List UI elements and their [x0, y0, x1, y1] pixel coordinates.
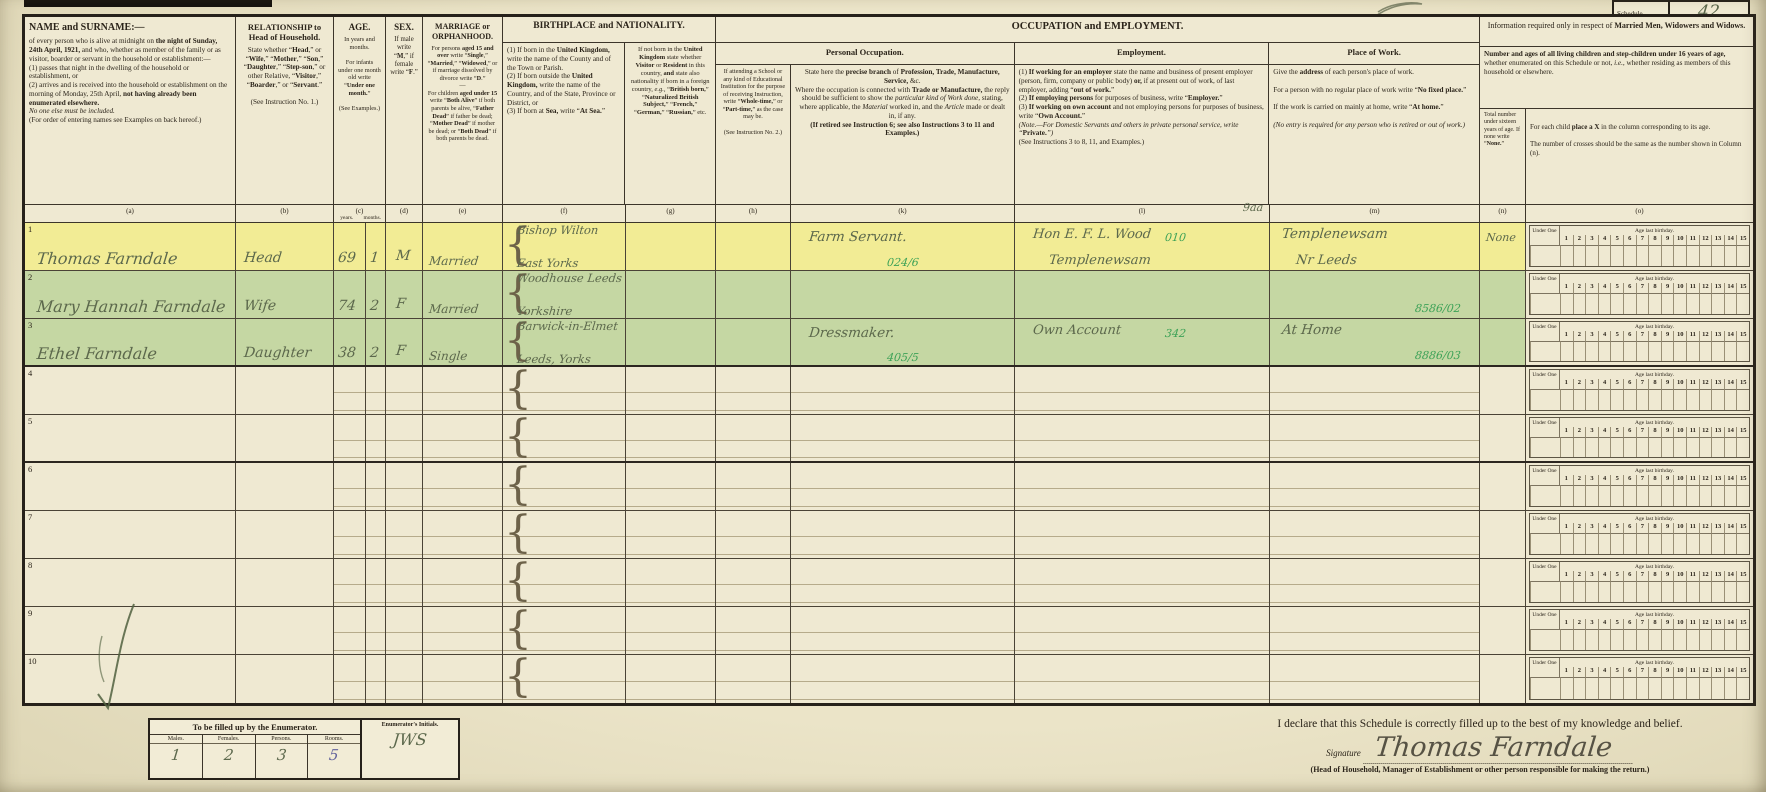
cell-birthplace: { [503, 655, 626, 703]
cell-place-of-work [1270, 607, 1480, 654]
cell-age-months: 2 [366, 319, 386, 365]
cell-marriage: Married [423, 271, 503, 318]
cell-occupation: Dressmaker. 405/5 [791, 319, 1015, 365]
cell-birthplace: { [503, 463, 626, 510]
cell-nationality [626, 607, 716, 654]
age-column-number: 7 [1636, 667, 1649, 677]
age-column-number: 13 [1711, 571, 1724, 581]
cell-total-children [1480, 415, 1526, 461]
age-column-number: 8 [1648, 619, 1661, 629]
age-tick-cell [1585, 293, 1598, 314]
age-tick-cell [1623, 629, 1636, 650]
age-column-number: 6 [1623, 523, 1636, 533]
age-tick-cell [1623, 293, 1636, 314]
col-header-birthplace: (1) If born in the United Kingdom, write… [503, 43, 625, 204]
age-tick-cell [1623, 533, 1636, 554]
cell-employment [1015, 607, 1270, 654]
age-column-number: 6 [1623, 427, 1636, 437]
age-column-number: 5 [1610, 571, 1623, 581]
age-column-number: 11 [1686, 475, 1699, 485]
group-header-children: Information required only in respect of … [1480, 17, 1753, 204]
enumerator-column: Rooms.5 [308, 735, 360, 778]
age-column-number: 5 [1610, 475, 1623, 485]
age-column-number: 5 [1610, 619, 1623, 629]
enumerator-column: Females.2 [203, 735, 256, 778]
col-header-occupation-desc: State here the precise branch of Profess… [791, 65, 1015, 204]
cell-birthplace: { Woodhouse LeedsYorkshire [503, 271, 626, 318]
age-column-number: 9 [1661, 523, 1674, 533]
age-last-birthday-label: Age last birthday. [1560, 562, 1749, 571]
age-tick-cell [1648, 245, 1661, 266]
age-column-number: 2 [1573, 619, 1586, 629]
age-tick-cell [1598, 245, 1611, 266]
age-tick-cell [1530, 245, 1560, 266]
cell-nationality [626, 559, 716, 606]
age-tick-cell [1736, 293, 1749, 314]
age-tick-cell [1661, 677, 1674, 699]
age-column-number: 6 [1623, 475, 1636, 485]
cell-age-years [334, 415, 366, 461]
age-tick-cell [1585, 341, 1598, 361]
age-column-number: 8 [1648, 667, 1661, 677]
age-column-number: 11 [1686, 667, 1699, 677]
age-column-number: 7 [1636, 283, 1649, 293]
cell-occupation [791, 607, 1015, 654]
age-tick-cell [1598, 341, 1611, 361]
age-column-number: 10 [1673, 331, 1686, 341]
age-tick-cell [1598, 389, 1611, 410]
cell-name: 7 [25, 511, 236, 558]
col-header-school: If attending a School or any kind of Edu… [716, 65, 791, 204]
age-tick-cell [1699, 485, 1712, 506]
age-tick-cell [1686, 485, 1699, 506]
cell-school [716, 271, 791, 318]
age-column-number: 5 [1610, 427, 1623, 437]
cell-marriage [423, 367, 503, 414]
age-column-number: 15 [1736, 331, 1749, 341]
age-tick-cell [1585, 437, 1598, 457]
age-column-number: 8 [1648, 475, 1661, 485]
cell-children-grid: Under OneAge last birthday.1234567891011… [1526, 223, 1753, 270]
cell-sex: M [386, 223, 423, 270]
cell-age-months [366, 415, 386, 461]
cell-marriage: Single [423, 319, 503, 365]
age-column-number: 4 [1598, 331, 1611, 341]
cell-total-children [1480, 511, 1526, 558]
age-tick-cell [1598, 437, 1611, 457]
children-age-grid: Under OneAge last birthday.1234567891011… [1529, 417, 1750, 458]
age-tick-cell [1636, 245, 1649, 266]
cell-place-of-work: At Home 8886/03 [1270, 319, 1480, 365]
cell-children-grid: Under OneAge last birthday.1234567891011… [1526, 415, 1753, 461]
age-tick-cell [1530, 437, 1560, 457]
enumerator-column-value: 2 [223, 746, 234, 764]
age-tick-cell [1736, 245, 1749, 266]
age-column-number: 4 [1598, 667, 1611, 677]
place-code-annotation: 8886/03 [1415, 349, 1462, 362]
age-column-number: 3 [1585, 619, 1598, 629]
person-name: Thomas Farndale [36, 249, 178, 268]
age-tick-cell [1711, 581, 1724, 602]
cell-nationality [626, 223, 716, 270]
cell-employment: Own Account 342 [1015, 319, 1270, 365]
enumerator-box: To be filled up by the Enumerator. Males… [148, 718, 460, 780]
cell-age-months [366, 559, 386, 606]
age-tick-cell [1686, 533, 1699, 554]
cell-nationality [626, 415, 716, 461]
enumerator-initials-value: JWS [392, 730, 428, 749]
age-tick-cell [1623, 245, 1636, 266]
enumerator-column-value: 3 [276, 746, 287, 764]
cell-age-years: 74 [334, 271, 366, 318]
age-tick-cell [1530, 629, 1560, 650]
children-age-grid: Under OneAge last birthday.1234567891011… [1529, 225, 1750, 267]
age-tick-cell [1724, 437, 1737, 457]
cell-total-children [1480, 319, 1526, 365]
age-column-number: 11 [1686, 235, 1699, 245]
age-tick-cell [1673, 677, 1686, 699]
age-column-number: 12 [1699, 667, 1712, 677]
cell-marriage [423, 559, 503, 606]
enumerator-column: Males.1 [150, 735, 203, 778]
age-last-birthday-label: Age last birthday. [1560, 610, 1749, 619]
age-tick-cell [1648, 341, 1661, 361]
age-column-number: 1 [1560, 619, 1573, 629]
age-column-number: 12 [1699, 427, 1712, 437]
age-column-number: 12 [1699, 235, 1712, 245]
cell-birthplace: { [503, 559, 626, 606]
age-tick-cell [1673, 533, 1686, 554]
age-column-number: 11 [1686, 379, 1699, 389]
cell-sex [386, 559, 423, 606]
age-tick-cell [1530, 533, 1560, 554]
age-column-number: 6 [1623, 379, 1636, 389]
age-column-number: 15 [1736, 283, 1749, 293]
age-tick-cell [1573, 485, 1586, 506]
enumerator-column-label: Females. [203, 735, 255, 744]
cell-sex [386, 415, 423, 461]
cell-sex: F [386, 271, 423, 318]
age-tick-cell [1673, 581, 1686, 602]
age-column-number: 11 [1686, 427, 1699, 437]
cell-birthplace: { Bishop WiltonEast Yorks [503, 223, 626, 270]
age-tick-cell [1636, 677, 1649, 699]
age-column-number: 11 [1686, 571, 1699, 581]
age-tick-cell [1661, 533, 1674, 554]
age-tick-cell [1636, 485, 1649, 506]
cell-sex [386, 607, 423, 654]
age-column-number: 14 [1724, 427, 1737, 437]
age-tick-cell [1610, 485, 1623, 506]
age-tick-cell [1673, 485, 1686, 506]
age-tick-cell [1623, 677, 1636, 699]
cell-name: 5 [25, 415, 236, 461]
age-column-number: 12 [1699, 283, 1712, 293]
cell-sex [386, 511, 423, 558]
cell-place-of-work [1270, 559, 1480, 606]
age-tick-cell [1699, 437, 1712, 457]
cell-place-of-work [1270, 367, 1480, 414]
age-tick-cell [1661, 245, 1674, 266]
age-tick-cell [1636, 389, 1649, 410]
cell-birthplace: { [503, 511, 626, 558]
cell-school [716, 559, 791, 606]
cell-occupation [791, 559, 1015, 606]
age-column-number: 4 [1598, 571, 1611, 581]
age-tick-cell [1736, 629, 1749, 650]
cell-marriage [423, 607, 503, 654]
col-header-age: AGE. In years and months.For infants und… [334, 17, 386, 204]
age-tick-cell [1699, 293, 1712, 314]
age-column-number: 10 [1673, 523, 1686, 533]
age-tick-cell [1724, 533, 1737, 554]
place-code-annotation: 8586/02 [1415, 302, 1462, 315]
cell-place-of-work [1270, 655, 1480, 703]
age-tick-cell [1623, 437, 1636, 457]
cell-age-months: 2 [366, 271, 386, 318]
age-column-number: 9 [1661, 235, 1674, 245]
cell-age-months: 1 [366, 223, 386, 270]
age-column-number: 2 [1573, 523, 1586, 533]
table-body: 1 Thomas Farndale Head 69 1 M Married { … [25, 223, 1753, 703]
age-tick-cell [1686, 341, 1699, 361]
cell-occupation [791, 367, 1015, 414]
age-tick-cell [1736, 437, 1749, 457]
age-column-number: 13 [1711, 475, 1724, 485]
cell-place-of-work [1270, 463, 1480, 510]
age-column-number: 3 [1585, 667, 1598, 677]
cell-school [716, 223, 791, 270]
age-tick-cell [1636, 437, 1649, 457]
under-one-label: Under One [1530, 226, 1560, 245]
under-one-label: Under One [1530, 418, 1560, 437]
age-tick-cell [1736, 533, 1749, 554]
enumerator-column-label: Males. [150, 735, 202, 744]
letter-age: (c) years.months. [334, 205, 386, 222]
cell-children-grid: Under OneAge last birthday.1234567891011… [1526, 319, 1753, 365]
col-header-nationality: If not born in the United Kingdom state … [625, 43, 715, 204]
age-column-number: 15 [1736, 571, 1749, 581]
age-tick-cell [1711, 341, 1724, 361]
age-column-number: 4 [1598, 475, 1611, 485]
cell-school [716, 367, 791, 414]
age-column-number: 14 [1724, 475, 1737, 485]
cell-total-children [1480, 271, 1526, 318]
enumerator-column-label: Rooms. [308, 735, 360, 744]
cell-marriage [423, 655, 503, 703]
age-column-number: 7 [1636, 619, 1649, 629]
enumerator-checkmark [88, 598, 148, 718]
age-column-number: 6 [1623, 667, 1636, 677]
age-column-number: 1 [1560, 331, 1573, 341]
age-column-number: 13 [1711, 523, 1724, 533]
age-column-number: 4 [1598, 523, 1611, 533]
age-tick-cell [1711, 293, 1724, 314]
cell-sex: F [386, 319, 423, 365]
signature-label: Signature [1326, 748, 1361, 758]
cell-relationship [236, 367, 334, 414]
age-tick-cell [1724, 293, 1737, 314]
age-last-birthday-label: Age last birthday. [1560, 322, 1749, 331]
declaration-section: I declare that this Schedule is correctl… [1235, 718, 1725, 774]
col-header-relationship: RELATIONSHIP to Head of Household. State… [236, 17, 334, 204]
children-age-grid: Under OneAge last birthday.1234567891011… [1529, 513, 1750, 555]
age-tick-cell [1648, 389, 1661, 410]
cell-employment [1015, 415, 1270, 461]
cell-school [716, 511, 791, 558]
children-group-desc: Number and ages of all living children a… [1480, 47, 1753, 109]
cell-children-grid: Under OneAge last birthday.1234567891011… [1526, 511, 1753, 558]
under-one-label: Under One [1530, 274, 1560, 293]
age-tick-cell [1673, 629, 1686, 650]
age-column-number: 10 [1673, 619, 1686, 629]
col-header-employment-desc: (1) If working for an employer state the… [1015, 65, 1270, 204]
cell-relationship [236, 655, 334, 703]
age-tick-cell [1560, 293, 1573, 314]
declaration-text: I declare that this Schedule is correctl… [1235, 718, 1725, 730]
age-tick-cell [1724, 581, 1737, 602]
age-column-number: 14 [1724, 283, 1737, 293]
age-tick-cell [1724, 485, 1737, 506]
person-name: Ethel Farndale [36, 344, 158, 363]
age-tick-cell [1661, 581, 1674, 602]
age-column-number: 8 [1648, 283, 1661, 293]
age-column-number: 13 [1711, 283, 1724, 293]
age-tick-cell [1610, 293, 1623, 314]
age-tick-cell [1560, 341, 1573, 361]
occupation-code-annotation: 024/6 [886, 256, 919, 269]
cell-birthplace: { Barwick-in-ElmetLeeds, Yorks [503, 319, 626, 365]
age-tick-cell [1610, 581, 1623, 602]
age-tick-cell [1724, 389, 1737, 410]
age-column-number: 6 [1623, 619, 1636, 629]
age-tick-cell [1699, 629, 1712, 650]
cell-occupation [791, 415, 1015, 461]
cell-total-children [1480, 463, 1526, 510]
cell-relationship [236, 559, 334, 606]
age-column-number: 7 [1636, 523, 1649, 533]
age-tick-cell [1673, 341, 1686, 361]
age-column-number: 10 [1673, 379, 1686, 389]
cell-relationship [236, 415, 334, 461]
age-tick-cell [1711, 437, 1724, 457]
age-column-number: 9 [1661, 619, 1674, 629]
age-column-number: 14 [1724, 619, 1737, 629]
age-column-number: 8 [1648, 235, 1661, 245]
age-tick-cell [1598, 293, 1611, 314]
occupation-code-annotation: 405/5 [886, 351, 919, 364]
age-column-number: 8 [1648, 427, 1661, 437]
age-tick-cell [1610, 533, 1623, 554]
age-tick-cell [1699, 341, 1712, 361]
subheader-place-of-work: Place of Work. [1269, 43, 1479, 64]
cell-marriage: Married [423, 223, 503, 270]
cell-name: 4 [25, 367, 236, 414]
age-tick-cell [1530, 485, 1560, 506]
cell-age-years [334, 559, 366, 606]
age-column-number: 9 [1661, 475, 1674, 485]
age-column-number: 12 [1699, 331, 1712, 341]
age-tick-cell [1560, 677, 1573, 699]
age-column-number: 1 [1560, 475, 1573, 485]
age-tick-cell [1636, 533, 1649, 554]
age-column-number: 4 [1598, 427, 1611, 437]
table-row: 5 { Under OneAge last birthd [25, 415, 1753, 463]
age-tick-cell [1711, 629, 1724, 650]
age-tick-cell [1736, 485, 1749, 506]
age-tick-cell [1699, 581, 1712, 602]
cell-children-grid: Under OneAge last birthday.1234567891011… [1526, 559, 1753, 606]
age-column-number: 12 [1699, 475, 1712, 485]
age-tick-cell [1573, 341, 1586, 361]
age-column-number: 4 [1598, 619, 1611, 629]
age-column-number: 1 [1560, 379, 1573, 389]
cell-age-years: 69 [334, 223, 366, 270]
signature-value: Thomas Farndale [1363, 732, 1635, 764]
age-column-number: 6 [1623, 571, 1636, 581]
table-row: 7 { Under OneAge last birthd [25, 511, 1753, 559]
age-tick-cell [1610, 437, 1623, 457]
age-tick-cell [1648, 533, 1661, 554]
age-tick-cell [1530, 293, 1560, 314]
cell-employment: Hon E. F. L. Wood 010 Templenewsam [1015, 223, 1270, 270]
age-tick-cell [1560, 389, 1573, 410]
age-tick-cell [1686, 389, 1699, 410]
age-tick-cell [1686, 437, 1699, 457]
age-tick-cell [1724, 341, 1737, 361]
children-age-grid: Under OneAge last birthday.1234567891011… [1529, 609, 1750, 651]
children-age-grid: Under OneAge last birthday.1234567891011… [1529, 561, 1750, 603]
subheader-employment: Employment. [1015, 43, 1270, 64]
age-column-number: 2 [1573, 475, 1586, 485]
age-column-number: 14 [1724, 331, 1737, 341]
column-letters-row: (a) (b) (c) years.months. (d) (e) (f) (g… [25, 205, 1753, 223]
cell-relationship: Head [236, 223, 334, 270]
age-column-number: 15 [1736, 667, 1749, 677]
age-column-number: 9 [1661, 667, 1674, 677]
age-tick-cell [1573, 437, 1586, 457]
age-tick-cell [1736, 581, 1749, 602]
age-tick-cell [1560, 245, 1573, 266]
age-column-number: 12 [1699, 571, 1712, 581]
age-column-number: 3 [1585, 571, 1598, 581]
age-column-number: 1 [1560, 571, 1573, 581]
age-column-number: 14 [1724, 667, 1737, 677]
age-tick-cell [1711, 485, 1724, 506]
age-last-birthday-label: Age last birthday. [1560, 466, 1749, 475]
cell-nationality [626, 511, 716, 558]
under-one-label: Under One [1530, 370, 1560, 389]
cell-age-months [366, 511, 386, 558]
table-row: 8 { Under OneAge last birthd [25, 559, 1753, 607]
age-column-number: 9 [1661, 283, 1674, 293]
cell-employment [1015, 367, 1270, 414]
age-column-number: 1 [1560, 283, 1573, 293]
age-tick-cell [1585, 581, 1598, 602]
age-column-number: 13 [1711, 235, 1724, 245]
age-tick-cell [1585, 245, 1598, 266]
cell-name: 1 Thomas Farndale [25, 223, 236, 270]
age-column-number: 14 [1724, 571, 1737, 581]
cell-school [716, 607, 791, 654]
enumerator-column-value: 1 [170, 746, 181, 764]
age-column-number: 2 [1573, 283, 1586, 293]
age-tick-cell [1573, 245, 1586, 266]
age-last-birthday-label: Age last birthday. [1560, 658, 1749, 667]
age-tick-cell [1661, 293, 1674, 314]
age-tick-cell [1648, 629, 1661, 650]
age-tick-cell [1610, 629, 1623, 650]
